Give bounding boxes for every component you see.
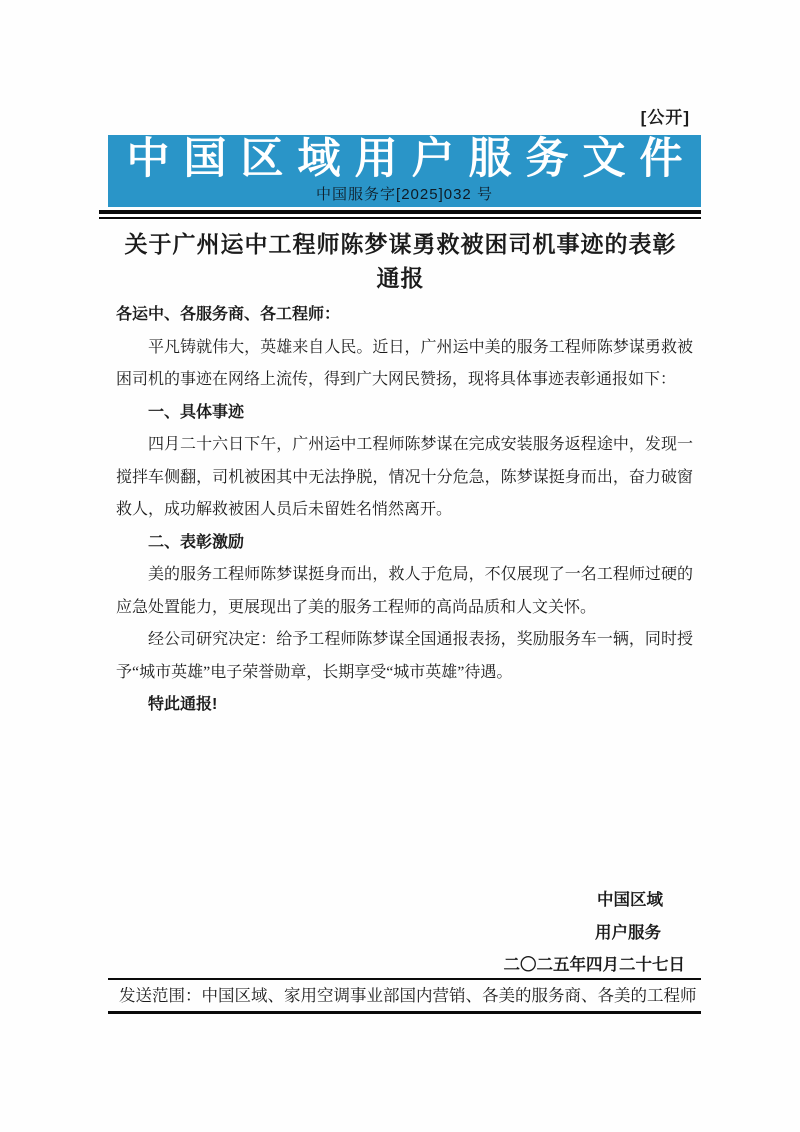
header-double-rule bbox=[99, 210, 701, 219]
closing-line: 特此通报! bbox=[116, 689, 693, 722]
distribution-scope: 发送范围：中国区域、家用空调事业部国内营销、各美的服务商、各美的工程师 bbox=[119, 984, 694, 1008]
signature-date: 二〇二五年四月二十七日 bbox=[504, 951, 686, 975]
document-number: 中国服务字[2025]032 号 bbox=[108, 185, 701, 205]
section-1-text: 四月二十六日下午，广州运中工程师陈梦谋在完成安装服务返程途中，发现一搅拌车侧翻，… bbox=[116, 429, 693, 527]
document-title-line-1: 关于广州运中工程师陈梦谋勇救被困司机事迹的表彰 bbox=[104, 227, 697, 261]
footer-rule-bottom bbox=[108, 1011, 701, 1014]
signature-org-line-1: 中国区域 bbox=[597, 886, 663, 910]
section-1-heading: 一、具体事迹 bbox=[116, 397, 693, 430]
banner-title: 中国区域用户服务文件 bbox=[108, 135, 701, 184]
salutation: 各运中、各服务商、各工程师： bbox=[116, 299, 693, 332]
document-page: [公开] 中国区域用户服务文件 中国服务字[2025]032 号 关于广州运中工… bbox=[0, 0, 800, 1132]
paragraph-intro: 平凡铸就伟大，英雄来自人民。近日，广州运中美的服务工程师陈梦谋勇救被困司机的事迹… bbox=[116, 332, 693, 397]
document-title-line-2: 通报 bbox=[104, 261, 697, 295]
signature-org-line-2: 用户服务 bbox=[595, 919, 661, 943]
document-body: 各运中、各服务商、各工程师： 平凡铸就伟大，英雄来自人民。近日，广州运中美的服务… bbox=[116, 299, 693, 722]
section-2-heading: 二、表彰激励 bbox=[116, 527, 693, 560]
document-header-banner: 中国区域用户服务文件 中国服务字[2025]032 号 bbox=[108, 135, 701, 207]
document-title: 关于广州运中工程师陈梦谋勇救被困司机事迹的表彰 通报 bbox=[104, 227, 697, 295]
section-2-text-2: 经公司研究决定：给予工程师陈梦谋全国通报表扬，奖励服务车一辆，同时授予“城市英雄… bbox=[116, 624, 693, 689]
footer-rule-top bbox=[108, 978, 701, 980]
classification-badge: [公开] bbox=[641, 103, 690, 128]
section-2-text-1: 美的服务工程师陈梦谋挺身而出，救人于危局，不仅展现了一名工程师过硬的应急处置能力… bbox=[116, 559, 693, 624]
